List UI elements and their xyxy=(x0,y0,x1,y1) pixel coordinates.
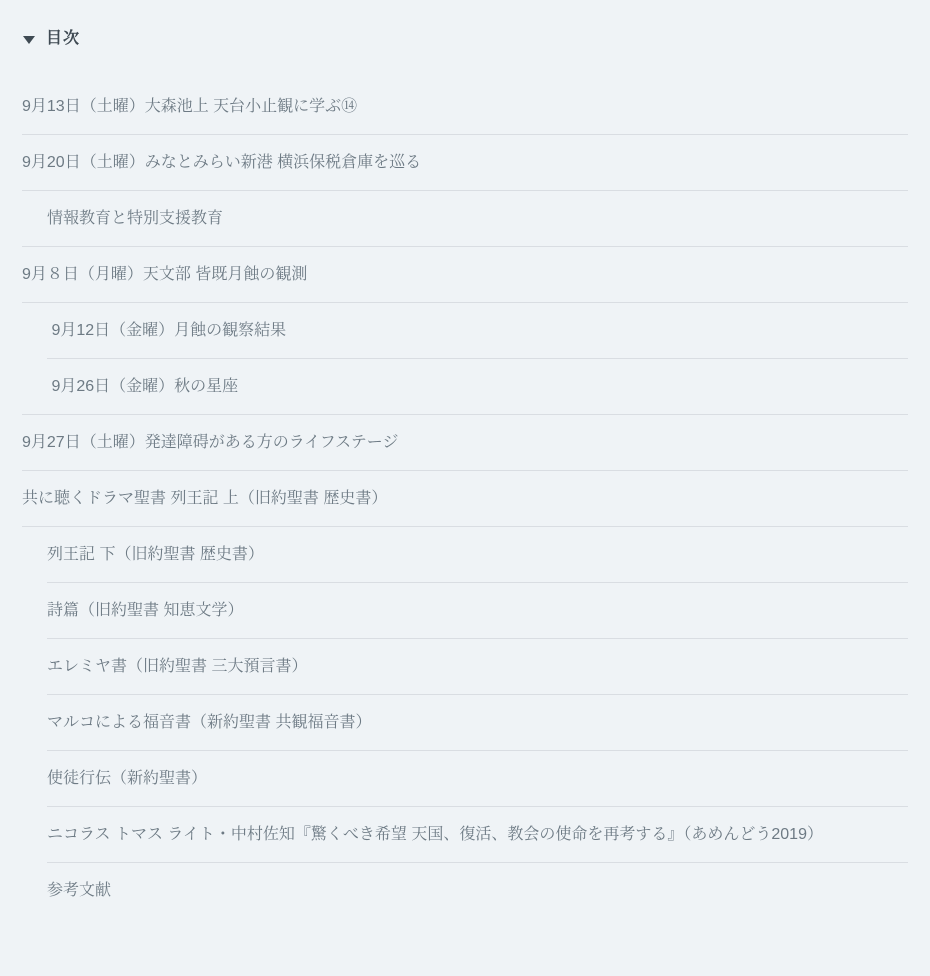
toc-item: 9月12日（金曜）月蝕の観察結果 xyxy=(47,303,908,358)
toc-link[interactable]: エレミヤ書（旧約聖書 三大預言書） xyxy=(47,639,908,694)
toc-link[interactable]: 9月26日（金曜）秋の星座 xyxy=(47,359,908,414)
toc-item: 9月26日（金曜）秋の星座 xyxy=(47,358,908,414)
toc-link[interactable]: 9月27日（土曜）発達障碍がある方のライフステージ xyxy=(22,415,908,470)
toc-item: 9月20日（土曜）みなとみらい新港 横浜保税倉庫を巡る情報教育と特別支援教育 xyxy=(22,134,908,246)
toc-link[interactable]: 参考文献 xyxy=(47,863,908,918)
toc-list: 9月13日（土曜）大森池上 天台小止観に学ぶ⑭9月20日（土曜）みなとみらい新港… xyxy=(22,79,908,918)
toc-item: 情報教育と特別支援教育 xyxy=(47,191,908,246)
toc-link[interactable]: 情報教育と特別支援教育 xyxy=(47,191,908,246)
toc-link[interactable]: 列王記 下（旧約聖書 歴史書） xyxy=(47,527,908,582)
toc-header-toggle[interactable]: 目次 xyxy=(22,0,908,79)
toc-link[interactable]: 共に聴くドラマ聖書 列王記 上（旧約聖書 歴史書） xyxy=(22,471,908,526)
toc-item: ニコラス トマス ライト・中村佐知『驚くべき希望 天国、復活、教会の使命を再考す… xyxy=(47,806,908,862)
toc-link[interactable]: 詩篇（旧約聖書 知恵文学） xyxy=(47,583,908,638)
toc-item: 参考文献 xyxy=(47,862,908,918)
toc-item: 詩篇（旧約聖書 知恵文学） xyxy=(47,582,908,638)
toc-item: 列王記 下（旧約聖書 歴史書） xyxy=(47,527,908,582)
toc-item: 9月27日（土曜）発達障碍がある方のライフステージ xyxy=(22,414,908,470)
toc-link[interactable]: マルコによる福音書（新約聖書 共観福音書） xyxy=(47,695,908,750)
toc-link[interactable]: 使徒行伝（新約聖書） xyxy=(47,751,908,806)
toc-sublist: 列王記 下（旧約聖書 歴史書）詩篇（旧約聖書 知恵文学）エレミヤ書（旧約聖書 三… xyxy=(22,526,908,918)
toc-item: マルコによる福音書（新約聖書 共観福音書） xyxy=(47,694,908,750)
toc-link[interactable]: 9月13日（土曜）大森池上 天台小止観に学ぶ⑭ xyxy=(22,79,908,134)
toc-item: エレミヤ書（旧約聖書 三大預言書） xyxy=(47,638,908,694)
toc-item: 使徒行伝（新約聖書） xyxy=(47,750,908,806)
toc-link[interactable]: 9月12日（金曜）月蝕の観察結果 xyxy=(47,303,908,358)
toc-link[interactable]: ニコラス トマス ライト・中村佐知『驚くべき希望 天国、復活、教会の使命を再考す… xyxy=(47,807,908,862)
triangle-down-icon xyxy=(23,36,35,44)
toc-sublist: 9月12日（金曜）月蝕の観察結果 9月26日（金曜）秋の星座 xyxy=(22,302,908,414)
toc-item: 共に聴くドラマ聖書 列王記 上（旧約聖書 歴史書）列王記 下（旧約聖書 歴史書）… xyxy=(22,470,908,918)
toc-item: 9月13日（土曜）大森池上 天台小止観に学ぶ⑭ xyxy=(22,79,908,134)
toc-item: 9月８日（月曜）天文部 皆既月蝕の観測 9月12日（金曜）月蝕の観察結果 9月2… xyxy=(22,246,908,414)
table-of-contents: 目次 9月13日（土曜）大森池上 天台小止観に学ぶ⑭9月20日（土曜）みなとみら… xyxy=(0,0,930,976)
toc-link[interactable]: 9月20日（土曜）みなとみらい新港 横浜保税倉庫を巡る xyxy=(22,135,908,190)
toc-link[interactable]: 9月８日（月曜）天文部 皆既月蝕の観測 xyxy=(22,247,908,302)
toc-title: 目次 xyxy=(46,27,80,51)
toc-sublist: 情報教育と特別支援教育 xyxy=(22,190,908,246)
